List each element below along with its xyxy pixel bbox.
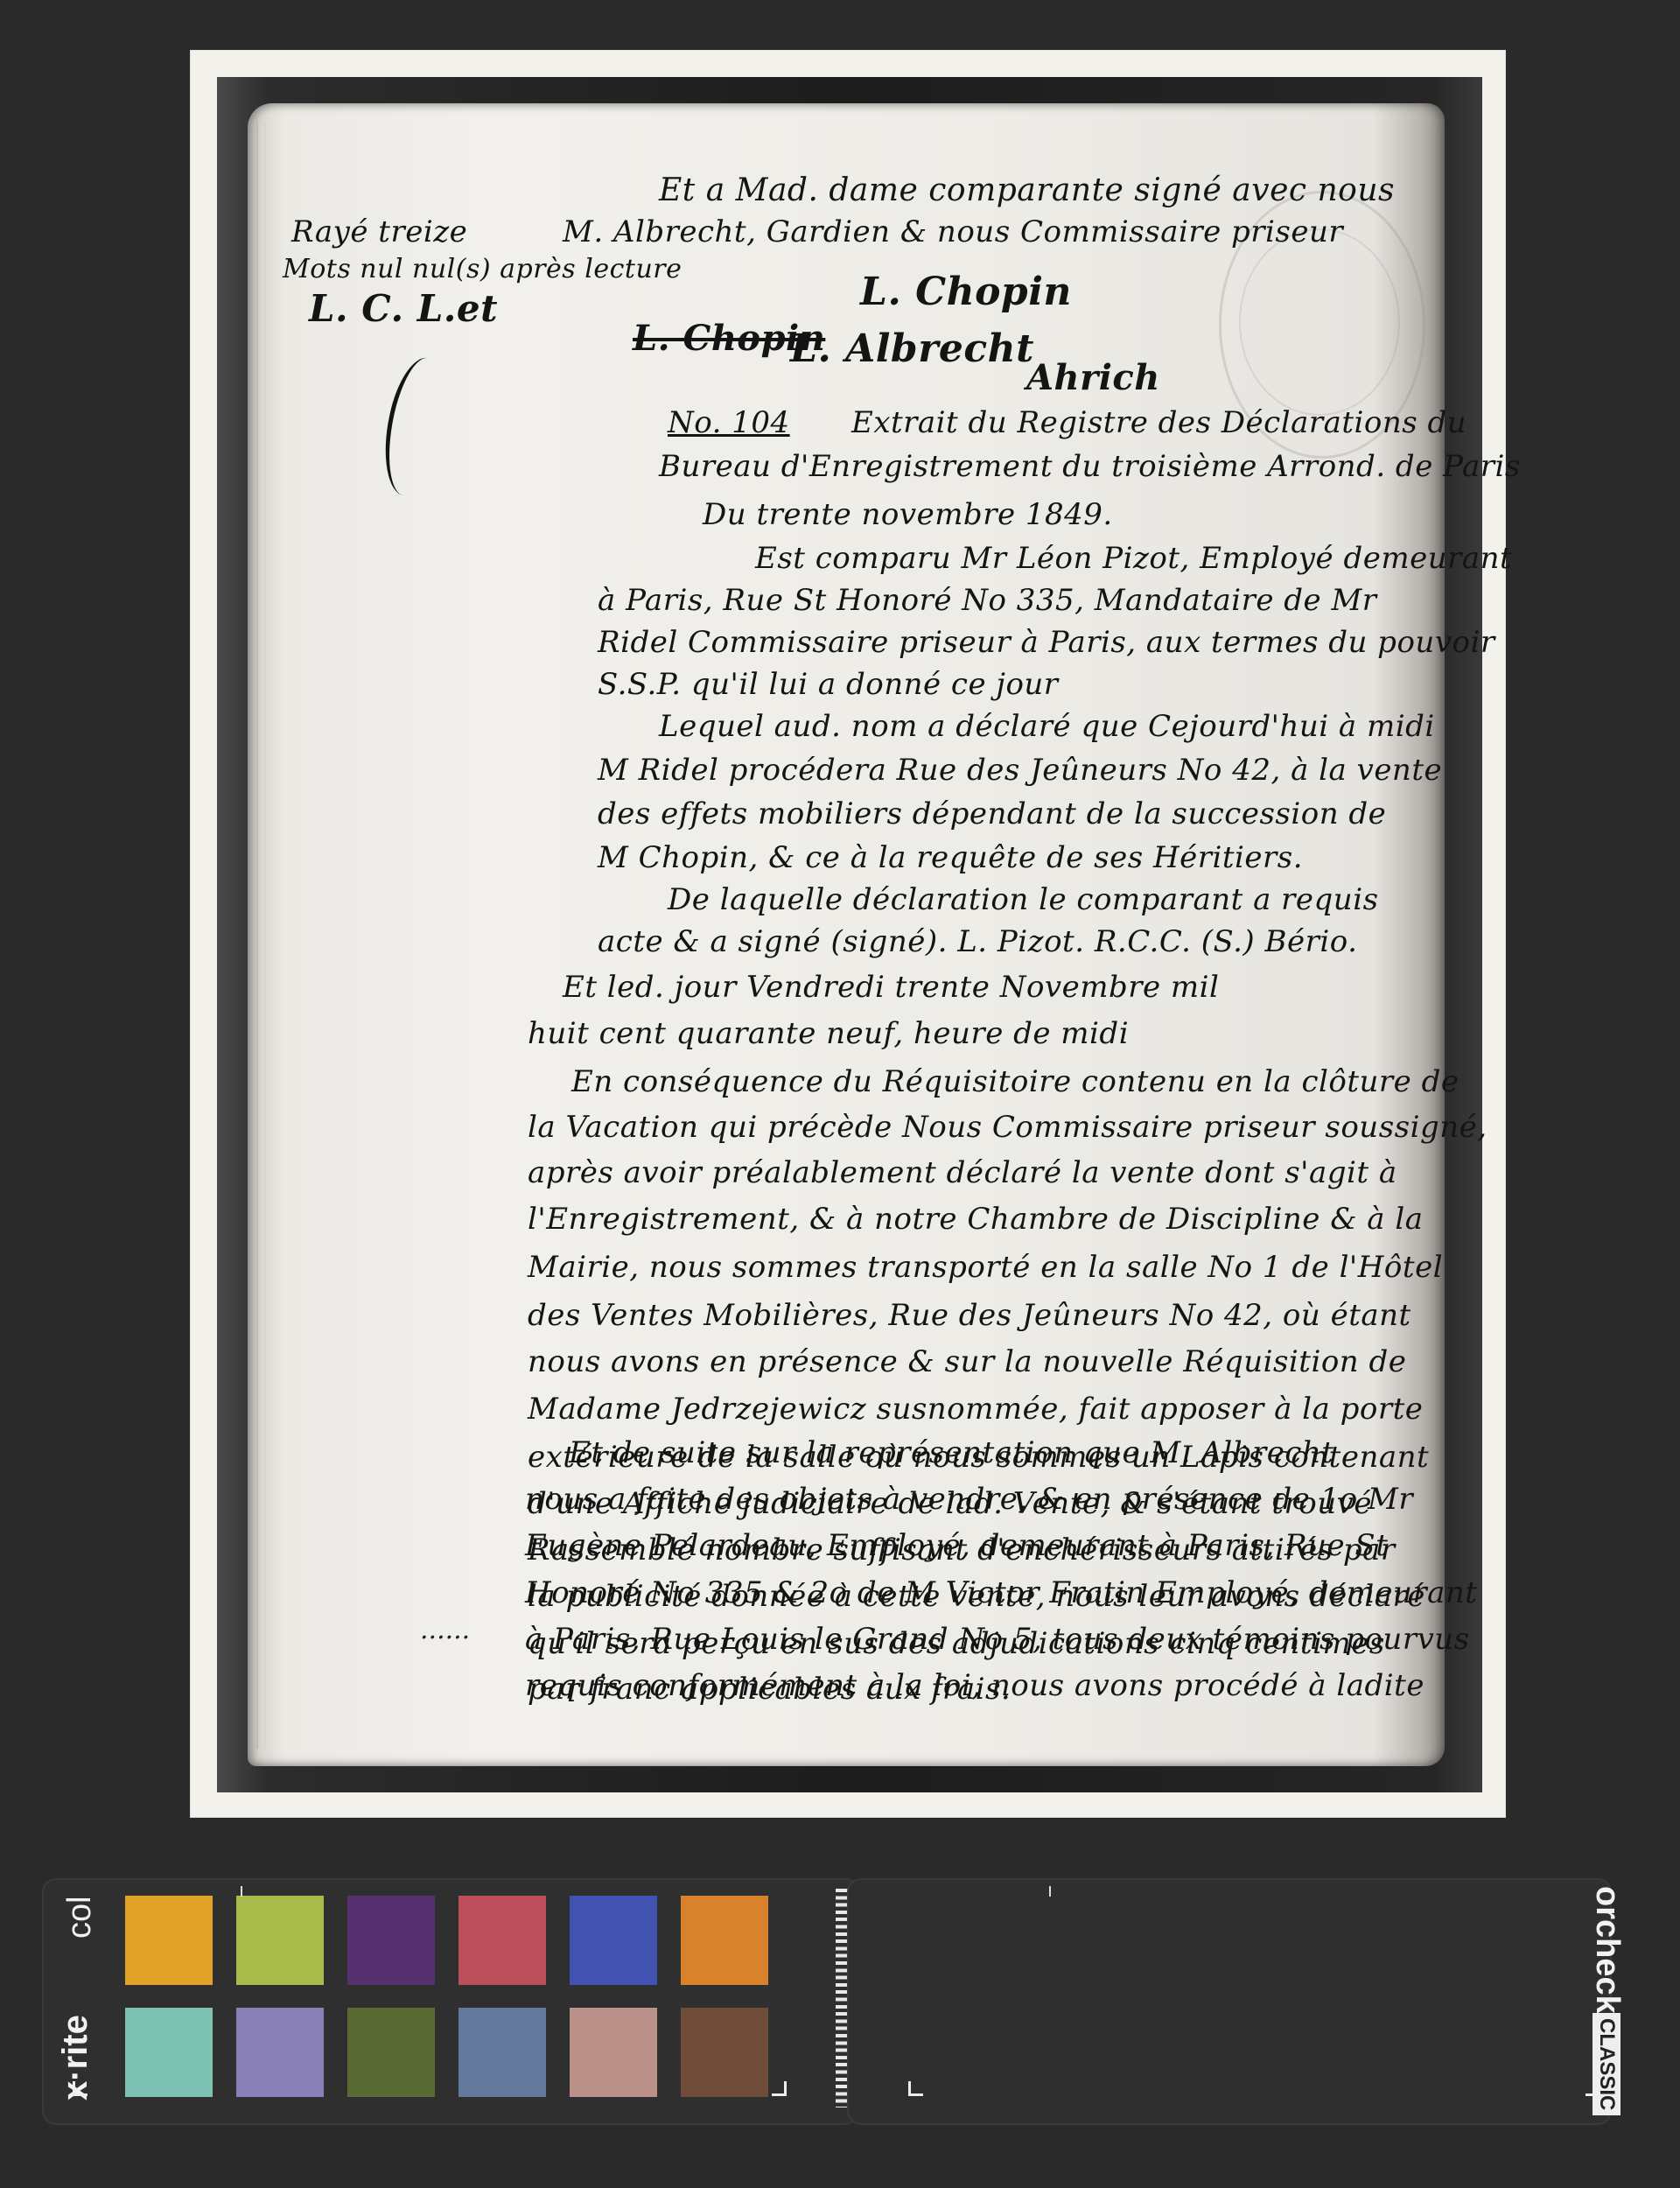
crop-corner-mark — [73, 2081, 87, 2096]
color-patch — [570, 2008, 657, 2097]
signature-chopin: L. Chopin — [860, 270, 1072, 314]
body-line: huit cent quarante neuf, heure de midi — [528, 1016, 1129, 1051]
center-tick — [241, 1886, 242, 1897]
body-line: Est comparu Mr Léon Pizot, Employé demeu… — [755, 541, 1512, 576]
color-checker-right — [849, 1880, 1610, 2123]
crop-corner-mark — [908, 2081, 923, 2096]
margin-note-raye: Rayé treize — [291, 214, 467, 249]
body-line: Honoré No 335 & 2o de M Victor Fratin Em… — [525, 1575, 1477, 1610]
color-patch — [125, 1896, 213, 1985]
body-line: la Vacation qui précède Nous Commissaire… — [528, 1110, 1487, 1145]
crop-corner-mark — [772, 2081, 787, 2096]
center-tick — [1049, 1886, 1051, 1897]
color-patch — [236, 2008, 324, 2097]
entry-number: No. 104 — [668, 405, 790, 440]
page-binding-edge — [256, 121, 266, 1749]
body-line: requis conformément à la loi, nous avons… — [525, 1668, 1424, 1703]
body-line: nous a faite des objets à vendre, & en p… — [525, 1482, 1413, 1517]
body-line: à Paris, Rue Louis le Grand No 5, tous d… — [525, 1622, 1470, 1657]
body-line: M Ridel procédera Rue des Jeûneurs No 42… — [598, 753, 1442, 788]
color-patch — [125, 2008, 213, 2097]
color-patch — [458, 1896, 546, 1985]
signature-third: Ahrich — [1026, 357, 1160, 398]
body-line: Eugène Pelardeau, Employé, demeurant à P… — [525, 1528, 1388, 1563]
body-line: En conséquence du Réquisitoire contenu e… — [571, 1064, 1459, 1099]
signature-albrecht: L. Albrecht — [790, 326, 1034, 371]
body-line: Du trente novembre 1849. — [703, 497, 1113, 532]
margin-note-mots: Mots nul nul(s) après lecture — [283, 252, 682, 287]
color-patch — [458, 2008, 546, 2097]
body-line: S.S.P. qu'il lui a donné ce jour — [598, 667, 1059, 702]
body-line: des effets mobiliers dépendant de la suc… — [598, 796, 1386, 831]
checker-edition-badge: CLASSIC — [1592, 2013, 1620, 2115]
crop-corner-mark — [1585, 2081, 1600, 2096]
body-line: De laquelle déclaration le comparant a r… — [668, 882, 1379, 917]
body-line: à Paris, Rue St Honoré No 335, Mandatair… — [598, 583, 1377, 618]
manuscript-page: Et a Mad. dame comparante signé avec nou… — [248, 103, 1445, 1766]
body-line: Lequel aud. nom a déclaré que Cejourd'hu… — [659, 709, 1435, 744]
color-patch — [347, 2008, 435, 2097]
checker-product-left: col — [61, 1896, 99, 1939]
body-line: Et de suite sur la représentation que M.… — [569, 1435, 1333, 1470]
body-line: nous avons en présence & sur la nouvelle… — [528, 1344, 1406, 1379]
body-line: Ridel Commissaire priseur à Paris, aux t… — [598, 625, 1495, 660]
body-line: des Ventes Mobilières, Rue des Jeûneurs … — [528, 1298, 1411, 1333]
header-line-1: Et a Mad. dame comparante signé avec nou… — [659, 173, 1395, 208]
margin-initials: L. C. L.et — [309, 287, 498, 330]
body-line: après avoir préalablement déclaré la ven… — [528, 1155, 1397, 1190]
body-line: Extrait du Registre des Déclarations du — [851, 405, 1466, 440]
body-line: Et led. jour Vendredi trente Novembre mi… — [563, 970, 1219, 1005]
paraph-flourish — [374, 353, 458, 501]
body-line: M Chopin, & ce à la requête de ses Hérit… — [598, 840, 1303, 875]
color-patch — [681, 1896, 768, 1985]
body-line: Madame Jedrzejewicz susnommée, fait appo… — [528, 1392, 1423, 1427]
body-line: Mairie, nous sommes transporté en la sal… — [528, 1250, 1443, 1285]
header-line-2: M. Albrecht, Gardien & nous Commissaire … — [563, 214, 1343, 249]
body-line: l'Enregistrement, & à notre Chambre de D… — [528, 1202, 1424, 1237]
color-patch — [681, 2008, 768, 2097]
body-line: Bureau d'Enregistrement du troisième Arr… — [659, 449, 1521, 484]
color-patch — [236, 1896, 324, 1985]
color-patch — [570, 1896, 657, 1985]
margin-dots: ...... — [420, 1615, 470, 1645]
color-patch — [347, 1896, 435, 1985]
body-line: acte & a signé (signé). L. Pizot. R.C.C.… — [598, 924, 1357, 959]
